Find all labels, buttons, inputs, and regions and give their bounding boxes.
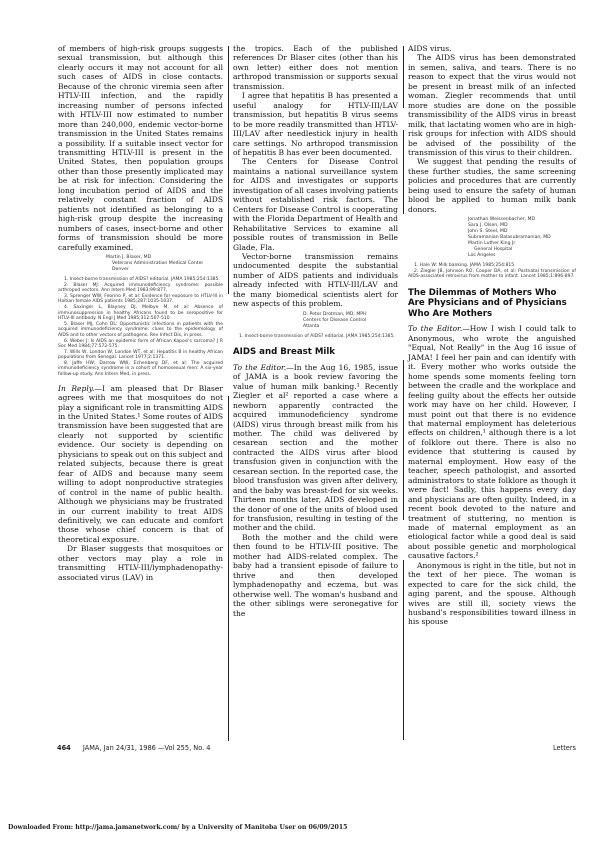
page-footer: 464 JAMA, Jan 24/31, 1986 —Vol 255, No. … — [57, 744, 576, 752]
paragraph: of members of high-risk groups suggests … — [58, 44, 223, 252]
to-editor-label: To the Editor. — [233, 363, 286, 372]
to-editor-label: To the Editor. — [408, 324, 462, 333]
reference-item: 5. Blaser MJ, Cohn DL: Opportunistic inf… — [58, 322, 223, 339]
signature-block: Martin J. Blaser, MD Veterans Administra… — [58, 255, 223, 273]
paragraph: AIDS virus. — [408, 44, 576, 53]
references-list: 1. Insect-borne transmission of AIDS? ed… — [233, 334, 398, 340]
signature-location: Atlanta — [303, 324, 398, 330]
column-divider — [403, 560, 404, 740]
column-1: of members of high-risk groups suggests … — [58, 44, 223, 582]
reference-item: 6. Weber J: Is AIDS an epidemic form of … — [58, 339, 223, 350]
paragraph: Both the mother and the child were then … — [233, 533, 398, 618]
paragraph: We suggest that pending the results of t… — [408, 157, 576, 214]
article-heading: The Dilemmas of Mothers Who Are Physicia… — [408, 288, 576, 320]
column-divider — [403, 130, 404, 214]
article-heading: AIDS and Breast Milk — [233, 347, 398, 358]
paragraph: I agree that hepatitis B has presented a… — [233, 91, 398, 157]
column-divider — [403, 46, 404, 108]
paragraph: The AIDS virus has been demonstrated in … — [408, 53, 576, 157]
references-list: 1. Insect-borne transmission of AIDS? ed… — [58, 277, 223, 378]
paragraph: To the Editor.—In the Aug 16, 1985, issu… — [233, 363, 398, 533]
page-number: 464 — [57, 744, 71, 752]
signature-location: Denver — [106, 267, 223, 273]
reference-item: 4. Saxinger L, Blayney DJ, Melbye M, et … — [58, 305, 223, 322]
column-divider — [228, 396, 229, 741]
paragraph: The Centers for Disease Control maintain… — [233, 157, 398, 252]
reference-item: 1. Insect-borne transmission of AIDS? ed… — [58, 277, 223, 283]
column-divider — [403, 360, 404, 520]
column-3: AIDS virus. The AIDS virus has been demo… — [408, 44, 576, 627]
letter-text: —How I wish I could talk to Anonymous, w… — [408, 324, 576, 560]
paragraph: Anonymous is right in the title, but not… — [408, 561, 576, 627]
references-list: 1. Hale W: Milk banking. JAMA 1985;254:8… — [408, 263, 576, 280]
reference-item: 1. Insect-borne transmission of AIDS? ed… — [233, 334, 398, 340]
letter-text: —In the Aug 16, 1985, issue of JAMA is a… — [233, 363, 398, 533]
reference-item: 7. Wills W, London W, London WT, et al: … — [58, 350, 223, 361]
reference-item: 8. Jaffe HW, Darrow WW, Echenberg DF, et… — [58, 361, 223, 378]
reference-item: 2. Ziegler JB, Johnson RO, Cooper DA, et… — [408, 269, 576, 280]
reply-text: —I am pleased that Dr Blaser agrees with… — [58, 384, 223, 544]
reply-paragraph: In Reply.—I am pleased that Dr Blaser ag… — [58, 384, 223, 545]
signature-block: Jonathan Weissenbacher, MD Sara J. Olsen… — [408, 217, 576, 259]
reference-item: 3. Sprenger WW, Feorino P, et al: Eviden… — [58, 294, 223, 305]
reference-item: 2. Blaser MJ: Acquired immunodeficiency … — [58, 283, 223, 294]
paragraph: the tropics. Each of the published refer… — [233, 44, 398, 91]
paragraph: Dr Blaser suggests that mosquitoes or ot… — [58, 544, 223, 582]
reply-label: In Reply. — [58, 384, 94, 393]
paragraph: To the Editor.—How I wish I could talk t… — [408, 324, 576, 560]
column-divider — [228, 46, 229, 294]
signature-location: Los Angeles — [468, 253, 576, 259]
journal-page: of members of high-risk groups suggests … — [0, 0, 595, 842]
paragraph: Vector-borne transmission remains undocu… — [233, 252, 398, 309]
download-notice: Downloaded From: http://jama.jamanetwork… — [8, 824, 347, 831]
issue-citation: JAMA, Jan 24/31, 1986 —Vol 255, No. 4 — [83, 744, 211, 752]
column-2: the tropics. Each of the published refer… — [233, 44, 398, 618]
section-label: Letters — [553, 744, 576, 752]
signature-block: D. Peter Drotman, MD, MPH Centers for Di… — [233, 312, 398, 330]
